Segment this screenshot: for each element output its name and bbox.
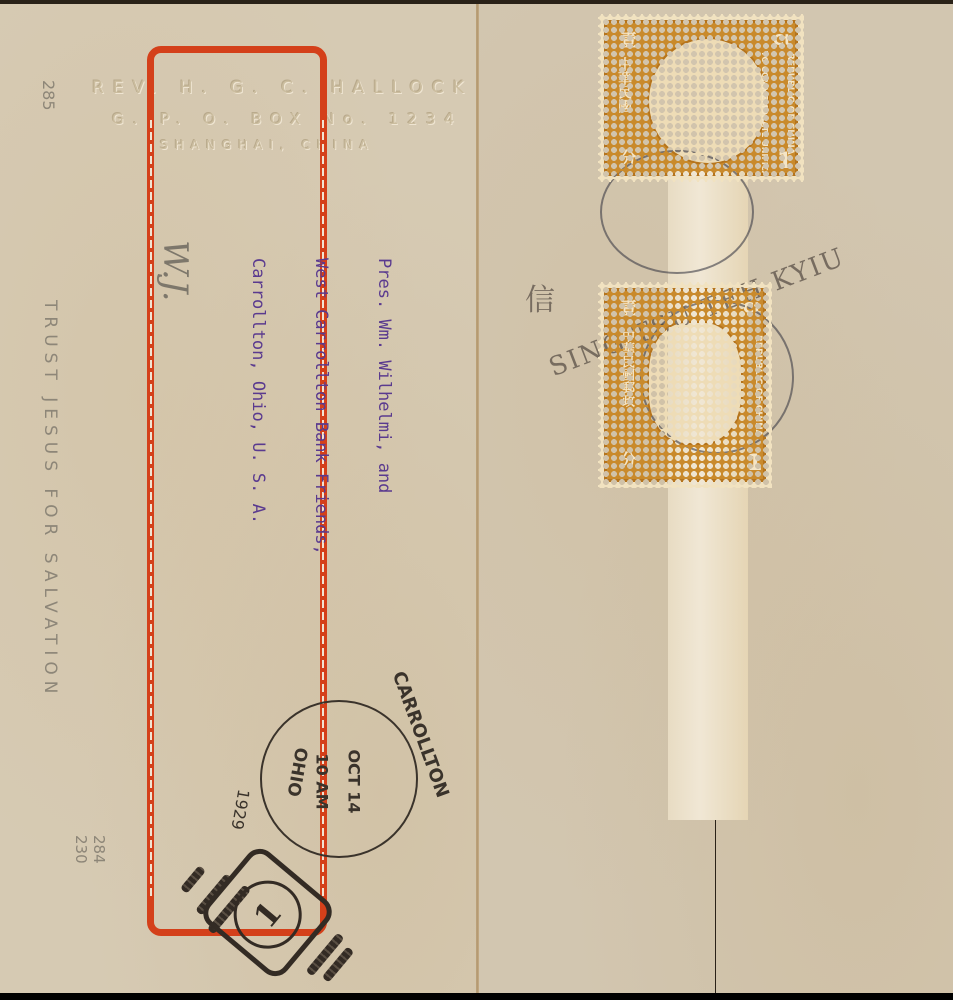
pencil-number-a: 284: [90, 835, 108, 864]
pencil-number-top: 285: [39, 80, 58, 111]
address-line: West Carrollton Bank Friends,: [310, 258, 331, 555]
recipient-address: Pres. Wm. Wilhelmi, and West Carrollton …: [205, 258, 436, 555]
cancellation-cjk: 信: [525, 275, 557, 319]
stamp-cjk-top: 壹: [615, 299, 637, 316]
stamp-cjk-bottom: 分: [615, 149, 637, 166]
stamp-design: 壹 中華民國郵政 分 Ct 1 REPUBLIC OF CHINA: [604, 288, 766, 482]
pencil-number-b: 230: [72, 835, 90, 864]
pencil-initials: W.J.: [155, 240, 195, 302]
carrollton-postmark: CARROLLTON OHIO OCT 14 10 AM: [260, 700, 418, 858]
stamp-country: REPUBLIC OF CHINA: [785, 53, 795, 155]
frame-highlight-left: [150, 120, 152, 900]
top-edge: [0, 0, 953, 4]
stamp-cjk-side: 中華民國郵政: [617, 329, 635, 407]
postmark-time: 10 AM: [313, 753, 332, 809]
stamp-design: 壹 中華民國 分 Ct 1 REPUBLIC OF CHINA TO COMME…: [604, 20, 798, 176]
postmark-date: OCT 14: [345, 749, 364, 813]
stamp-currency: Ct: [743, 299, 761, 317]
paper-split: [715, 820, 716, 993]
portrait-medallion: [647, 37, 769, 165]
stamp-denomination: 1: [747, 451, 762, 476]
address-line: Pres. Wm. Wilhelmi, and: [373, 258, 394, 555]
stamp-country: REPUBLIC OF CHINA: [753, 335, 763, 437]
address-line: Carrollton, Ohio, U. S. A.: [247, 258, 268, 555]
mausoleum-vignette: [647, 321, 743, 445]
stamp-mausoleum: 壹 中華民國郵政 分 Ct 1 REPUBLIC OF CHINA: [598, 282, 772, 488]
stamp-unification: 壹 中華民國 分 Ct 1 REPUBLIC OF CHINA TO COMME…: [598, 14, 804, 182]
stamp-cjk-side: 中華民國: [615, 57, 633, 113]
fold-crease: [476, 0, 479, 993]
stamp-cjk-top: 壹: [615, 31, 637, 48]
postmark-state: OHIO: [283, 746, 311, 798]
stamp-caption: TO COMMEMORATE UNIFICATION: [760, 51, 769, 176]
stamp-cjk-bottom: 分: [615, 451, 637, 468]
pencil-inscription: TRUST JESUS FOR SALVATION: [40, 300, 60, 699]
stamp-currency: Ct: [773, 31, 791, 49]
postal-cover: REV. H. G. C. HALLOCK G. P. O. BOX No. 1…: [0, 0, 953, 1000]
